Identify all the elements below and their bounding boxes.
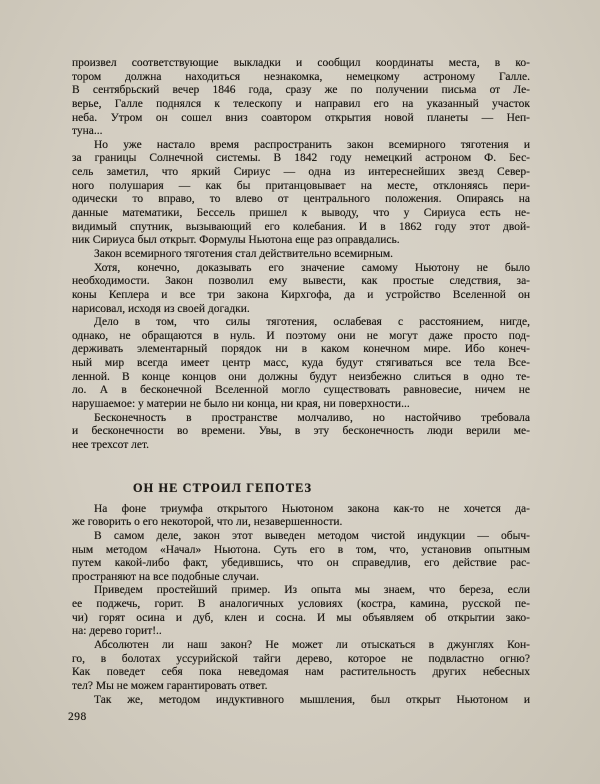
text-line: Но уже настало время распространить зако… — [72, 139, 530, 153]
paragraph: Приведем простейший пример. Из опыта мы … — [72, 584, 530, 639]
text-line: Дело в том, что силы тяготения, ослабева… — [72, 316, 530, 330]
paragraph: Но уже настало время распространить зако… — [72, 139, 530, 248]
book-page: произвел соответствующие выкладки и сооб… — [0, 0, 600, 784]
text-line: же говорить о его некоторой, что ли, нез… — [72, 516, 530, 530]
text-line: ник Сириуса был открыт. Формулы Ньютона … — [72, 234, 530, 248]
text-line: ным методом «Начал» Ньютона. Суть его в … — [72, 544, 530, 558]
text-line: Как поведет себя пока неведомая нам раст… — [72, 666, 530, 680]
paragraph: Так же, методом индуктивного мышления, б… — [72, 694, 530, 708]
text-line: и бесконечности во времени. Увы, в эту б… — [72, 425, 530, 439]
text-line: за границы Солнечной системы. В 1842 год… — [72, 152, 530, 166]
text-line: одически то вправо, то влево от централь… — [72, 193, 530, 207]
paragraph: Закон всемирного тяготения стал действит… — [72, 248, 530, 262]
text-line: Так же, методом индуктивного мышления, б… — [72, 694, 530, 708]
text-line: необходимости. Закон позволил ему вывест… — [72, 275, 530, 289]
section-heading: ОН НЕ СТРОИЛ ГЕПОТЕЗ — [133, 481, 530, 496]
text-line: ло. А в бесконечной Вселенной могло суще… — [72, 384, 530, 398]
text-line: держивать элементарный порядок ни в како… — [72, 343, 530, 357]
text-line: нарушаемое: у материи не было ни конца, … — [72, 398, 530, 412]
text-line: Приведем простейший пример. Из опыта мы … — [72, 584, 530, 598]
text-line: произвел соответствующие выкладки и сооб… — [72, 57, 530, 71]
text-line: видимый спутник, вызывающий его колебани… — [72, 221, 530, 235]
text-line: данные математики, Бессель пришел к выво… — [72, 207, 530, 221]
text-line: пространяют на все подобные случаи. — [72, 571, 530, 585]
text-line: путем какой-либо факт, убедившись, что о… — [72, 557, 530, 571]
text-line: В самом деле, закон этот выведен методом… — [72, 530, 530, 544]
text-line: Бесконечность в пространстве молчаливо, … — [72, 412, 530, 426]
page-number: 298 — [68, 711, 87, 723]
text-line: В сентябрьский вечер 1846 года, сразу же… — [72, 84, 530, 98]
text-line: на: дерево горит!.. — [72, 625, 530, 639]
text-block: произвел соответствующие выкладки и сооб… — [72, 57, 530, 707]
text-line: го, в болотах уссурийской тайги дерево, … — [72, 653, 530, 667]
text-line: коны Кеплера и все три закона Кирхгофа, … — [72, 289, 530, 303]
text-line: неба. Утром он сошел вниз соавтором откр… — [72, 112, 530, 126]
text-line: нарисовал, исходя из своей догадки. — [72, 303, 530, 317]
text-line: сель заметил, что яркий Сириус — одна из… — [72, 166, 530, 180]
text-line: тел? Мы не можем гарантировать ответ. — [72, 680, 530, 694]
text-line: ный мир всегда имеет центр масс, куда бу… — [72, 357, 530, 371]
text-line: Хотя, конечно, доказывать его значение с… — [72, 262, 530, 276]
text-line: Абсолютен ли наш закон? Не может ли отыс… — [72, 639, 530, 653]
text-line: тором должна находиться незнакомка, неме… — [72, 71, 530, 85]
text-line: туна... — [72, 125, 530, 139]
text-line: ленной. В конце концов они должны будут … — [72, 371, 530, 385]
text-line: нее трехсот лет. — [72, 439, 530, 453]
text-line: ного полушария — как бы пританцовывает н… — [72, 180, 530, 194]
paragraph: На фоне триумфа открытого Ньютоном закон… — [72, 503, 530, 530]
text-line: верье, Галле поднялся к телескопу и напр… — [72, 98, 530, 112]
paragraph: Дело в том, что силы тяготения, ослабева… — [72, 316, 530, 411]
paragraph: В самом деле, закон этот выведен методом… — [72, 530, 530, 585]
text-line: однако, не обращаются в нуль. И поэтому … — [72, 330, 530, 344]
paragraph: Абсолютен ли наш закон? Не может ли отыс… — [72, 639, 530, 694]
text-line: На фоне триумфа открытого Ньютоном закон… — [72, 503, 530, 517]
text-line: чи) горят осина и дуб, клен и сосна. И м… — [72, 612, 530, 626]
paragraph: Бесконечность в пространстве молчаливо, … — [72, 412, 530, 453]
paragraph: Хотя, конечно, доказывать его значение с… — [72, 262, 530, 317]
text-line: ее поджечь, горит. В аналогичных условия… — [72, 598, 530, 612]
paragraph: произвел соответствующие выкладки и сооб… — [72, 57, 530, 139]
text-line: Закон всемирного тяготения стал действит… — [72, 248, 530, 262]
